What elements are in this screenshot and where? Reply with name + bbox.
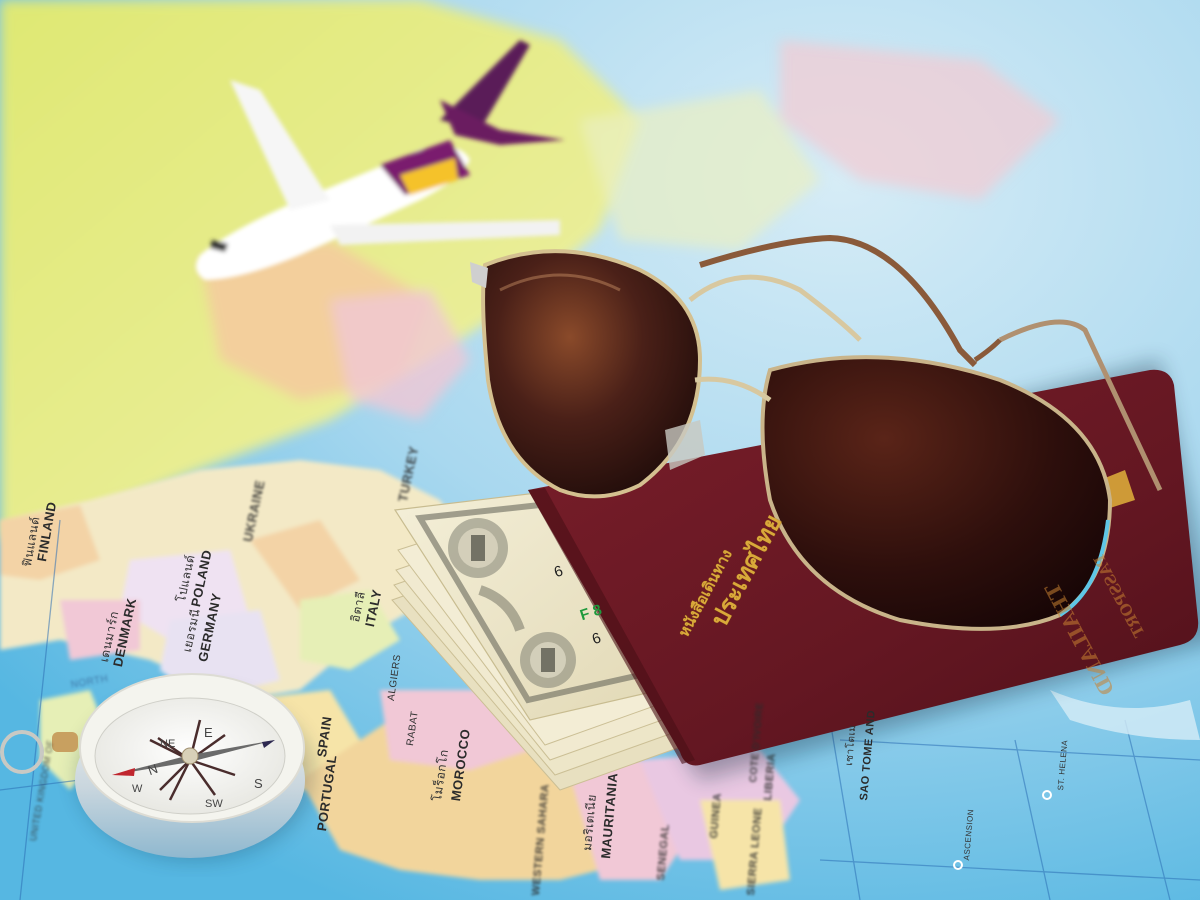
- compass-mark-e: E: [204, 725, 213, 740]
- compass-mark-ne: NE: [160, 738, 175, 750]
- compass-mark-sw: SW: [205, 798, 223, 810]
- compass-mark-s: S: [254, 776, 263, 791]
- travel-photo: FINLAND ฟินแลนด์ POLAND โปแลนด์ GERMANY …: [0, 0, 1200, 900]
- compass-mark-w: W: [132, 783, 142, 795]
- world-map: [0, 0, 1200, 900]
